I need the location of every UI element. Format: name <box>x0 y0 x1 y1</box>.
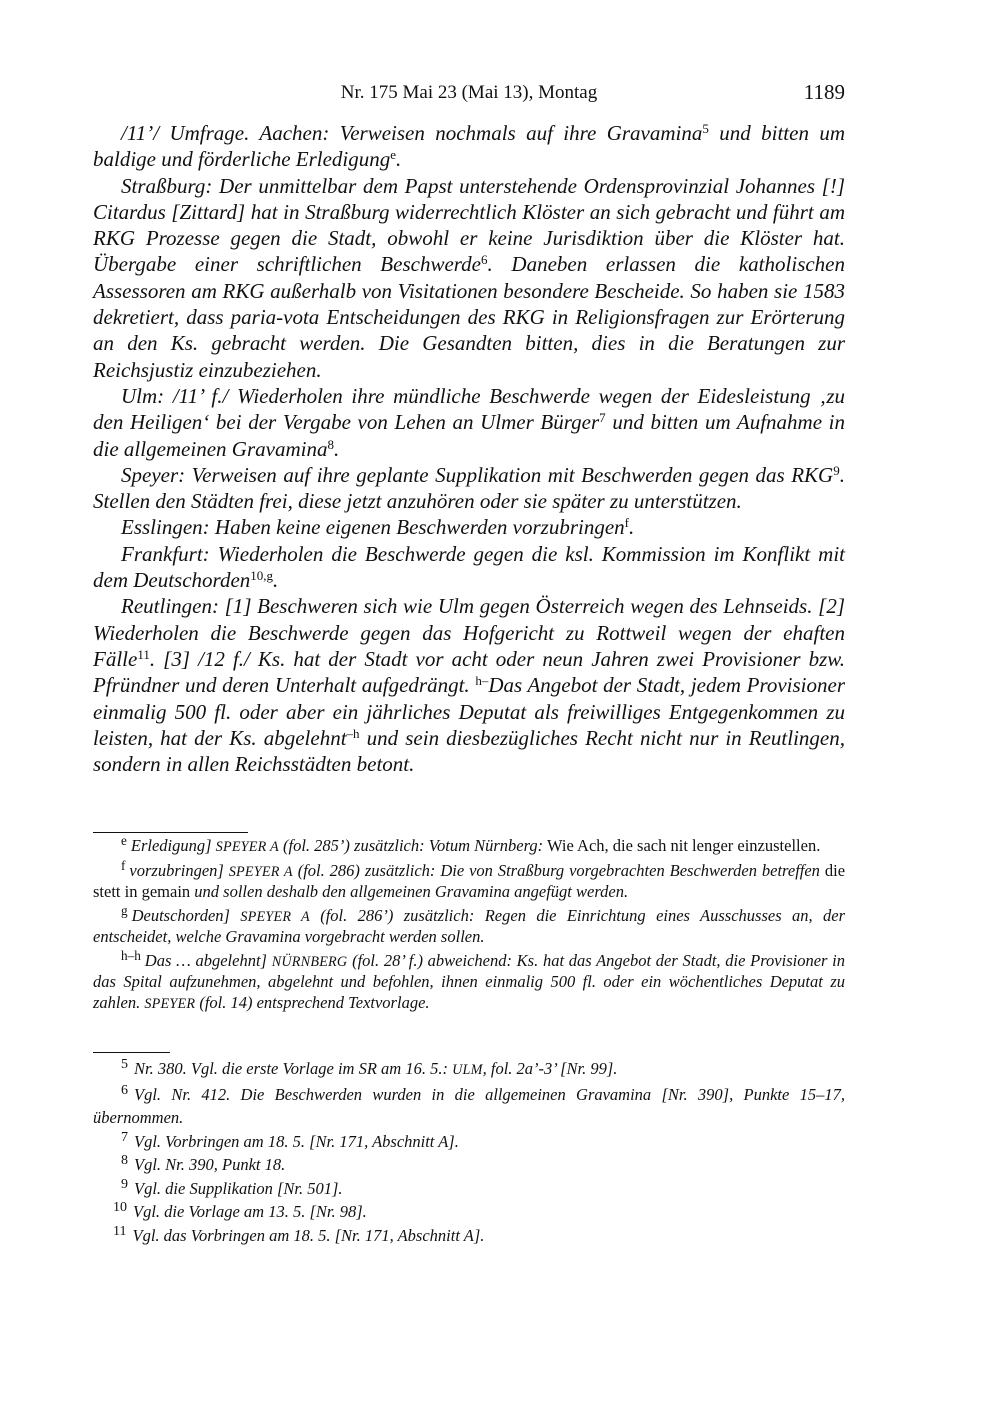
running-head: Nr. 175 Mai 23 (Mai 13), Montag 1189 <box>93 80 845 106</box>
paragraph-ulm: Ulm: /11’ f./ Wiederholen ihre mündliche… <box>93 383 845 462</box>
paragraph-aachen: /11’/ Umfrage. Aachen: Verweisen nochmal… <box>93 120 845 173</box>
paragraph-reutlingen: Reutlingen: [1] Beschweren sich wie Ulm … <box>93 593 845 777</box>
paragraph-speyer: Speyer: Verweisen auf ihre geplante Supp… <box>93 462 845 515</box>
footnote-9: 9Vgl. die Supplikation [Nr. 501]. <box>93 1177 845 1201</box>
critical-note-h: h–hDas … abgelehnt] NÜRNBERG (fol. 28’ f… <box>93 951 845 1015</box>
footnote-10: 10Vgl. die Vorlage am 13. 5. [Nr. 98]. <box>93 1200 845 1224</box>
footnote-ref[interactable]: 10,g <box>250 568 273 583</box>
footnote-11: 11Vgl. das Vorbringen am 18. 5. [Nr. 171… <box>93 1224 845 1248</box>
paragraph-strassburg: Straßburg: Der unmittelbar dem Papst unt… <box>93 173 845 383</box>
critical-apparatus: eErledigung] SPEYER A (fol. 285’) zusätz… <box>93 836 845 1017</box>
footnote-separator <box>93 832 248 833</box>
critical-note-ref[interactable]: h– <box>475 673 488 688</box>
page-number: 1189 <box>804 80 845 105</box>
running-title: Nr. 175 Mai 23 (Mai 13), Montag <box>93 82 845 104</box>
paragraph-frankfurt: Frankfurt: Wiederholen die Beschwerde ge… <box>93 541 845 594</box>
footnote-separator <box>93 1052 170 1053</box>
footnotes: 5Nr. 380. Vgl. die erste Vorlage im SR a… <box>93 1057 845 1247</box>
critical-note-e: eErledigung] SPEYER A (fol. 285’) zusätz… <box>93 836 845 858</box>
critical-note-g: gDeutschorden] SPEYER A (fol. 286’) zusä… <box>93 906 845 948</box>
footnote-ref[interactable]: 11 <box>137 647 150 662</box>
paragraph-esslingen: Esslingen: Haben keine eigenen Beschwerd… <box>93 514 845 540</box>
footnote-7: 7Vgl. Vorbringen am 18. 5. [Nr. 171, Abs… <box>93 1130 845 1154</box>
main-text: /11’/ Umfrage. Aachen: Verweisen nochmal… <box>93 120 845 777</box>
footnote-8: 8Vgl. Nr. 390, Punkt 18. <box>93 1153 845 1177</box>
footnote-6: 6Vgl. Nr. 412. Die Beschwerden wurden in… <box>93 1083 845 1130</box>
footnote-5: 5Nr. 380. Vgl. die erste Vorlage im SR a… <box>93 1057 845 1083</box>
critical-note-f: fvorzubringen] SPEYER A (fol. 286) zusät… <box>93 861 845 903</box>
critical-note-ref[interactable]: –h <box>347 726 360 741</box>
